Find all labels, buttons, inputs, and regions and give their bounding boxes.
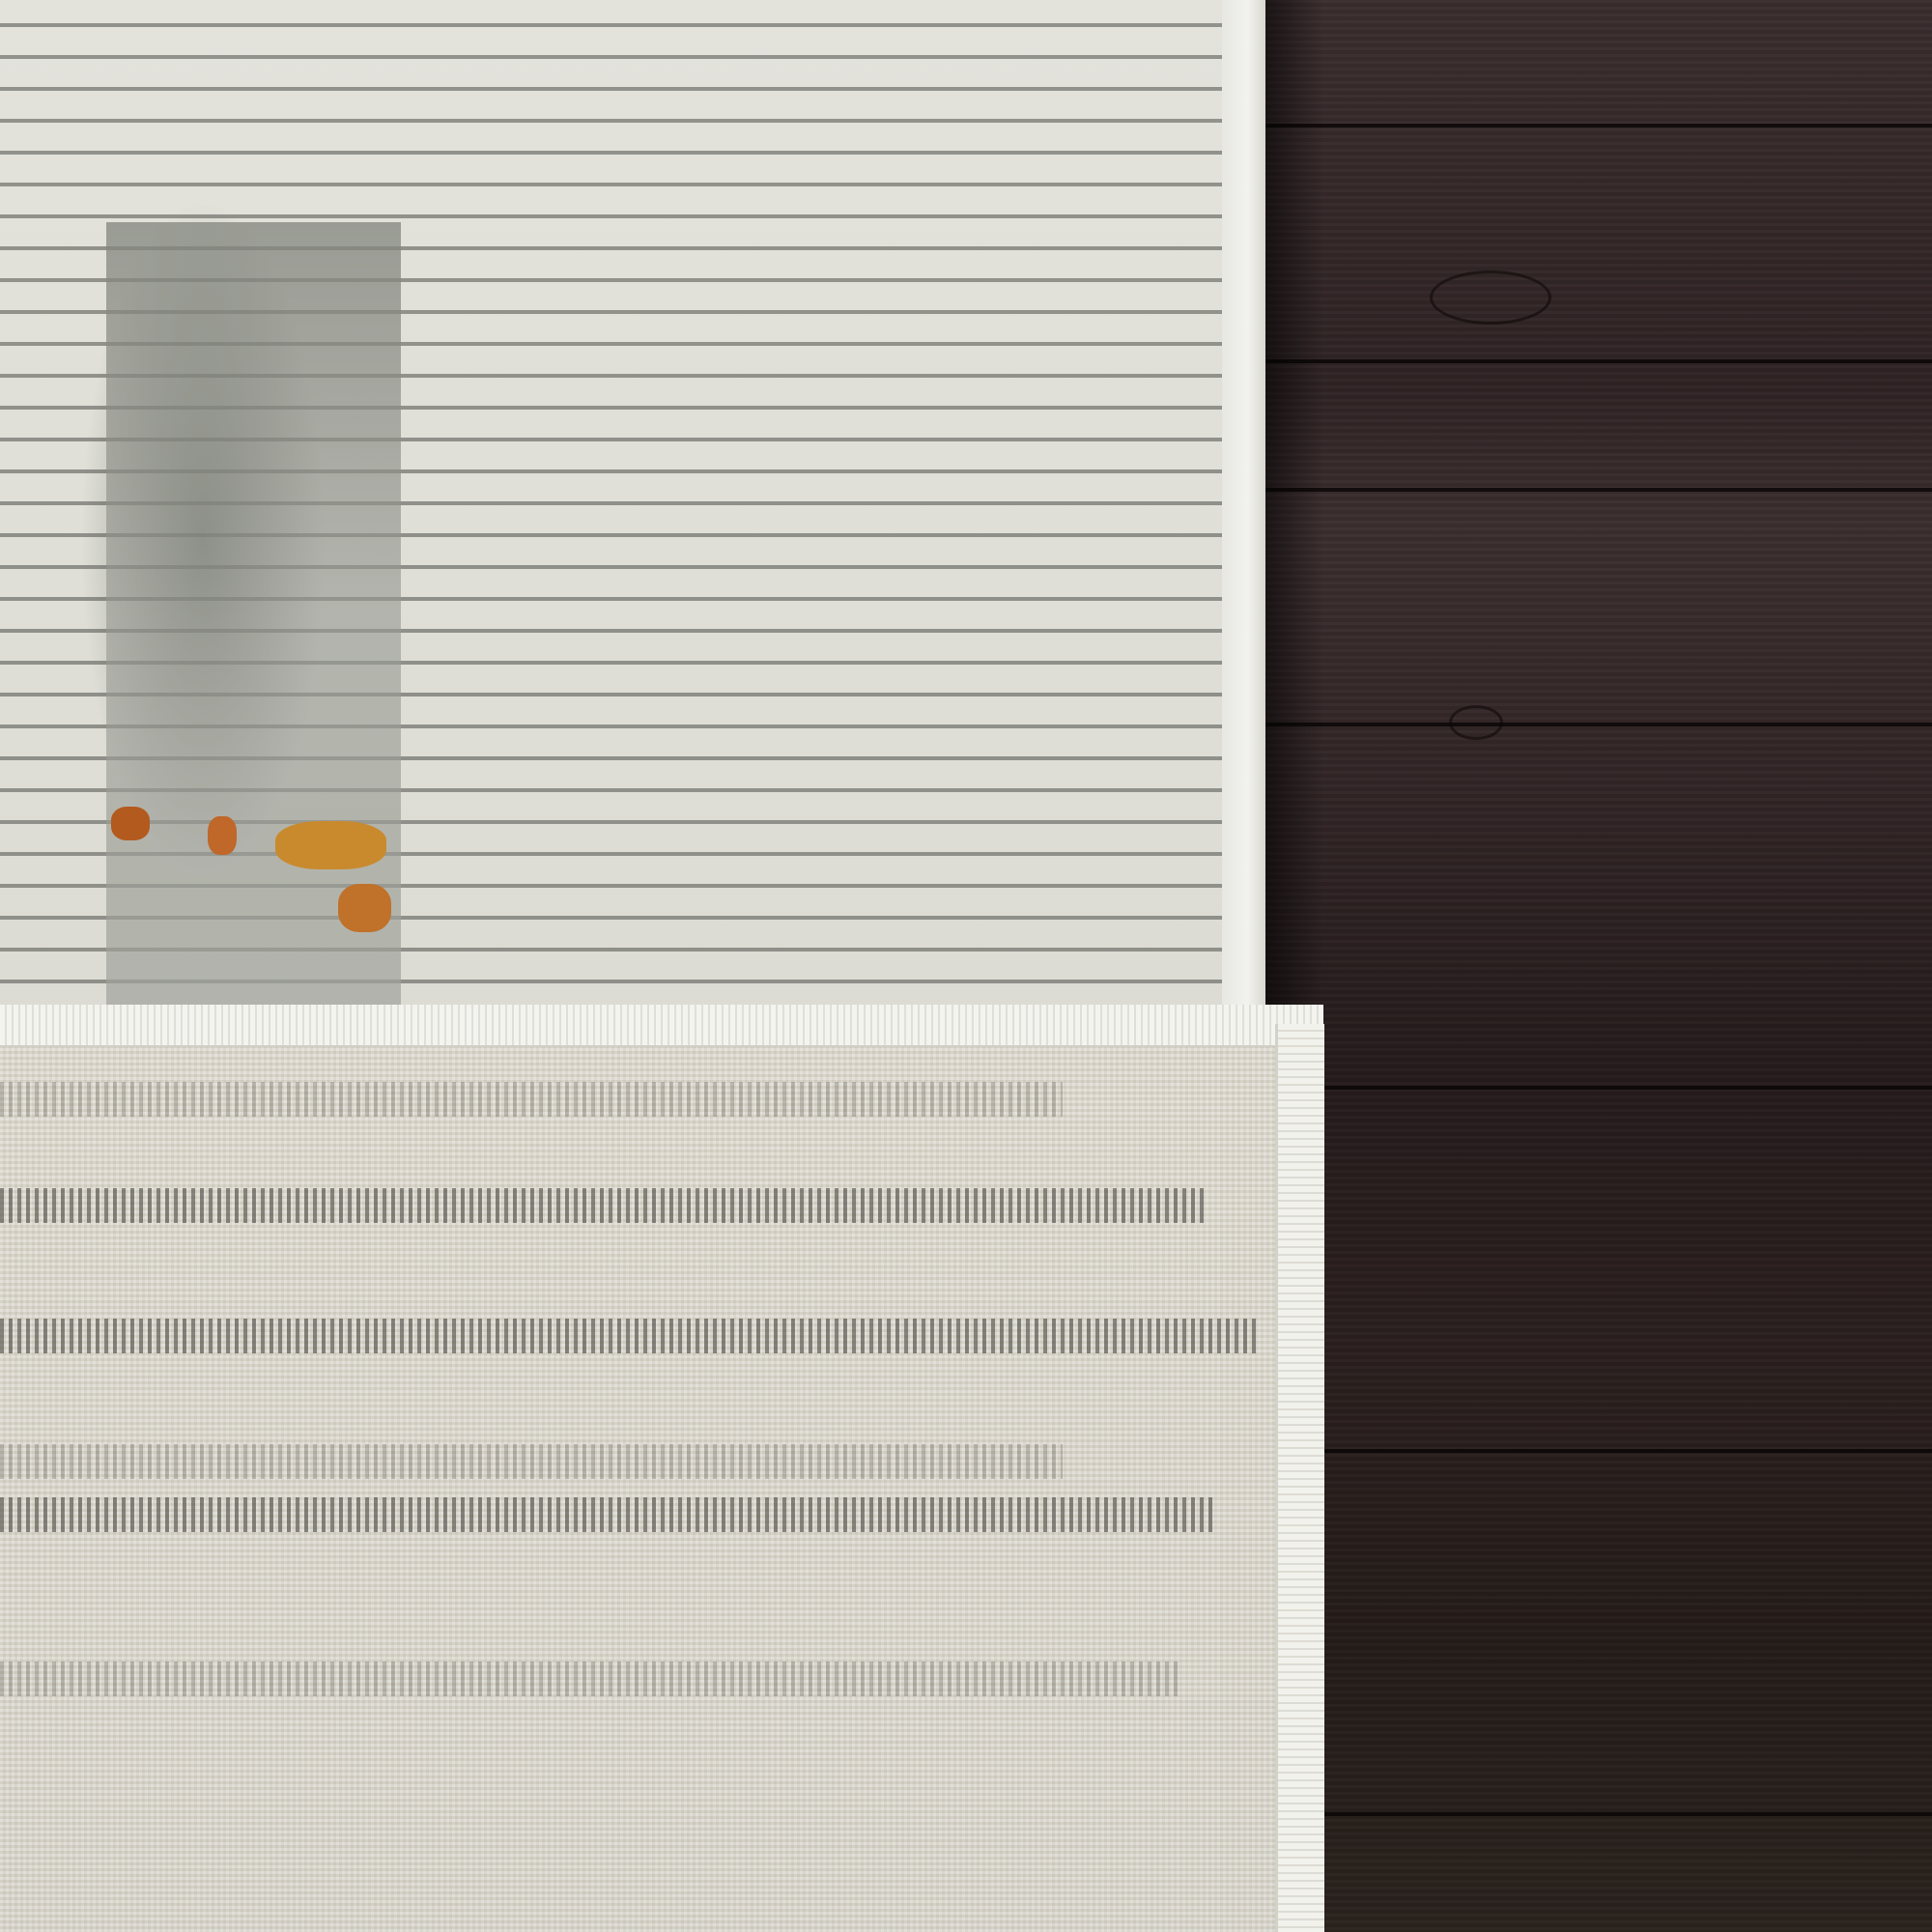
wood-floor [1265,0,1932,1932]
backing-pattern-row [0,1188,1207,1223]
backing-side-binding [1275,1024,1324,1932]
backing-pattern-row [0,1497,1217,1532]
floor-plank-seam [1265,488,1932,492]
wood-knot [1430,270,1551,325]
floor-plank-seam [1265,124,1932,128]
rug-amber-accent [275,821,386,869]
backing-pattern-row [0,1319,1256,1353]
rug-rust-accent [208,816,237,855]
backing-top-binding [0,1005,1323,1047]
rug-rust-accent [111,807,150,840]
rug-side-binding [1222,0,1265,1005]
backing-pattern-row [0,1662,1179,1696]
backing-pattern-row [0,1444,1063,1479]
backing-pattern-row [0,1082,1063,1117]
wood-knot [1449,705,1503,740]
rug-amber-accent [338,884,391,932]
